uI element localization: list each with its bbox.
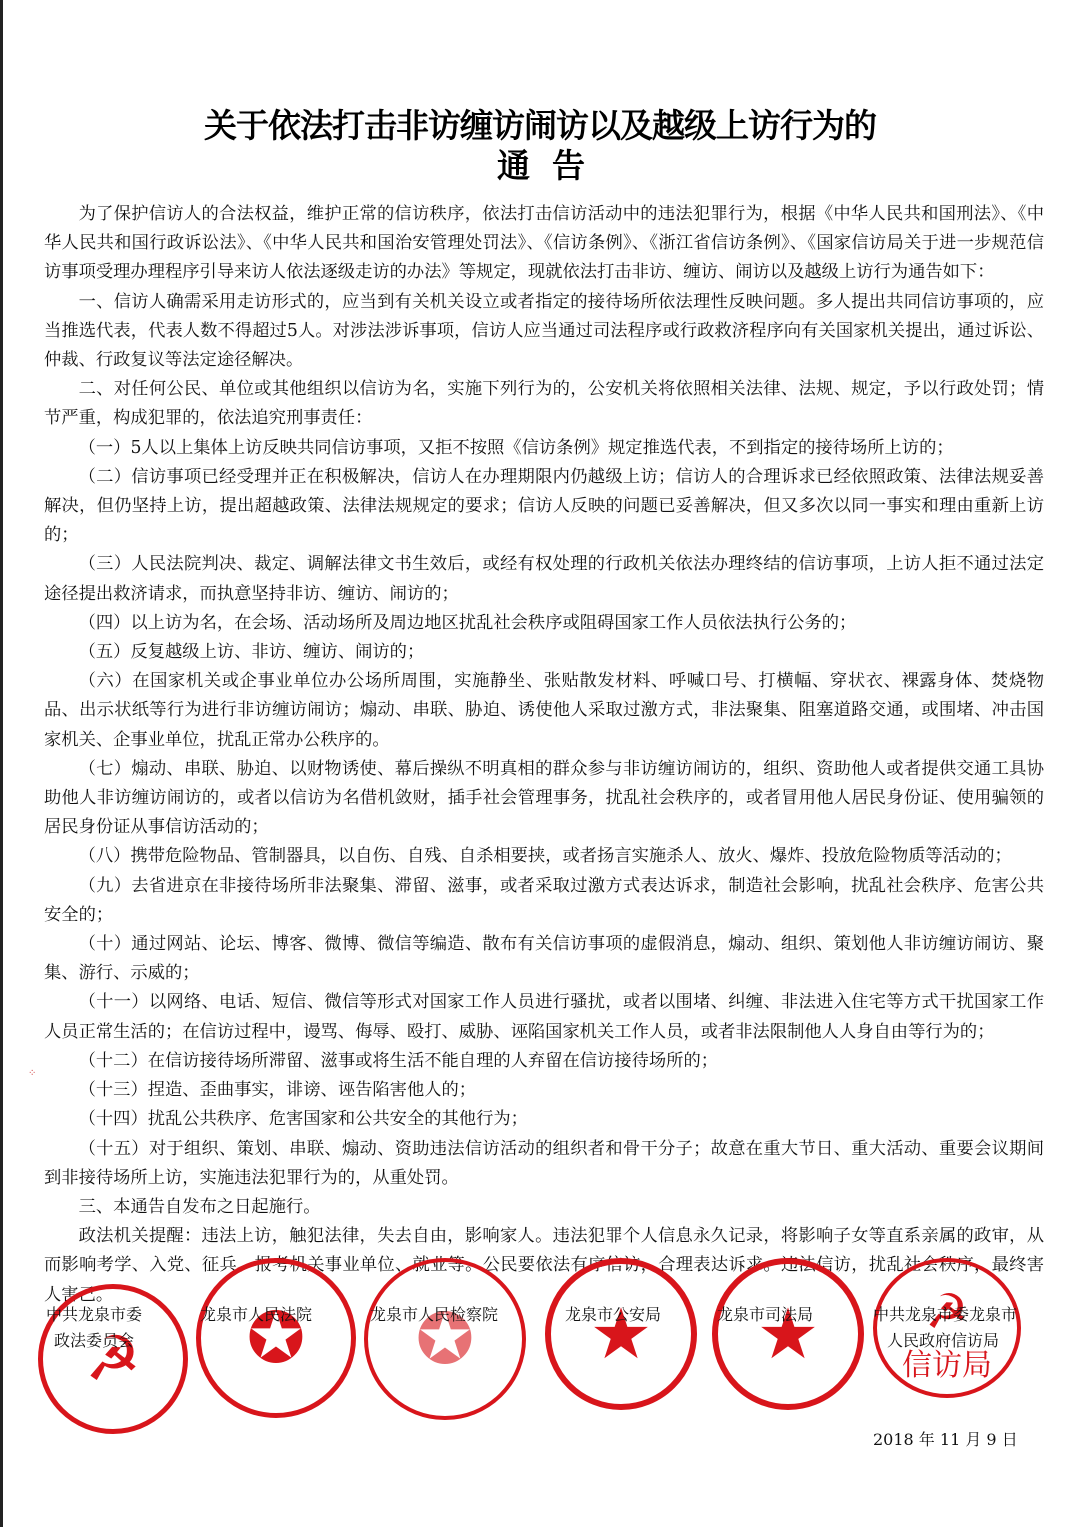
notice-document: 关于依法打击非访缠访闹访以及越级上访行为的 通告 为了保护信访人的合法权益，维护… (0, 0, 1080, 1527)
item-7: （七）煽动、串联、胁迫、以财物诱使、幕后操纵不明真相的群众参与非访缠访闹访的，组… (44, 755, 1044, 843)
item-13: （十三）捏造、歪曲事实，诽谤、诬告陷害他人的； (44, 1076, 1044, 1105)
official-seal-justice-bureau: ★ (712, 1258, 864, 1410)
scan-edge (0, 0, 3, 1527)
item-4: （四）以上访为名，在会场、活动场所及周边地区扰乱社会秩序或阻碍国家工作人员依法执… (44, 609, 1044, 638)
item-15: （十五）对于组织、策划、串联、煽动、资助违法信访活动的组织者和骨干分子；故意在重… (44, 1135, 1044, 1193)
item-9: （九）去省进京在非接待场所非法聚集、滞留、滋事，或者采取过激方式表达诉求，制造社… (44, 872, 1044, 930)
signer-procuratorate: 龙泉市人民检察院 (370, 1302, 498, 1328)
signer-public-security: 龙泉市公安局 (565, 1302, 661, 1328)
item-10: （十）通过网站、论坛、博客、微博、微信等编造、散布有关信访事项的虚假消息，煽动、… (44, 930, 1044, 988)
scan-speck: ⁘ (28, 1068, 40, 1084)
section-1: 一、信访人确需采用走访形式的，应当到有关机关设立或者指定的接待场所依法理性反映问… (44, 288, 1044, 376)
signer-political-legal-committee: 中共龙泉市委 政法委员会 (46, 1302, 142, 1354)
document-body: 为了保护信访人的合法权益，维护正常的信访秩序，依法打击信访活动中的违法犯罪行为，… (44, 200, 1044, 1310)
item-2: （二）信访事项已经受理并正在积极解决，信访人在办理期限内仍越级上访；信访人的合理… (44, 463, 1044, 551)
preamble-paragraph: 为了保护信访人的合法权益，维护正常的信访秩序，依法打击信访活动中的违法犯罪行为，… (44, 200, 1044, 288)
item-3: （三）人民法院判决、裁定、调解法律文书生效后，或经有权处理的行政机关依法办理终结… (44, 550, 1044, 608)
section-2: 二、对任何公民、单位或其他组织以信访为名，实施下列行为的，公安机关将依照相关法律… (44, 375, 1044, 433)
signer-justice-bureau: 龙泉市司法局 (717, 1302, 813, 1328)
item-11: （十一）以网络、电话、短信、微信等形式对国家工作人员进行骚扰，或者以围堵、纠缠、… (44, 988, 1044, 1046)
item-12: （十二）在信访接待场所滞留、滋事或将生活不能自理的人弃留在信访接待场所的； (44, 1047, 1044, 1076)
section-3: 三、本通告自发布之日起施行。 (44, 1193, 1044, 1222)
signer-court: 龙泉市人民法院 (200, 1302, 312, 1328)
signer-petition-bureau: 中共龙泉市委龙泉市 人民政府信访局 (873, 1302, 1017, 1354)
official-seal-court: ✪ (196, 1258, 356, 1418)
item-14: （十四）扰乱公共秩序、危害国家和公共安全的其他行为； (44, 1105, 1044, 1134)
document-subtitle: 通告 (0, 140, 1080, 187)
official-seal-procuratorate: ✪ (364, 1258, 526, 1420)
issue-date: 2018 年 11 月 9 日 (873, 1427, 1018, 1450)
official-seal-public-security: ★ (545, 1258, 697, 1410)
item-6: （六）在国家机关或企事业单位办公场所周围，实施静坐、张贴散发材料、呼喊口号、打横… (44, 667, 1044, 755)
item-5: （五）反复越级上访、非访、缠访、闹访的； (44, 638, 1044, 667)
item-8: （八）携带危险物品、管制器具，以自伤、自残、自杀相要挟，或者扬言实施杀人、放火、… (44, 842, 1044, 871)
item-1: （一）5人以上集体上访反映共同信访事项，又拒不按照《信访条例》规定推选代表，不到… (44, 434, 1044, 463)
